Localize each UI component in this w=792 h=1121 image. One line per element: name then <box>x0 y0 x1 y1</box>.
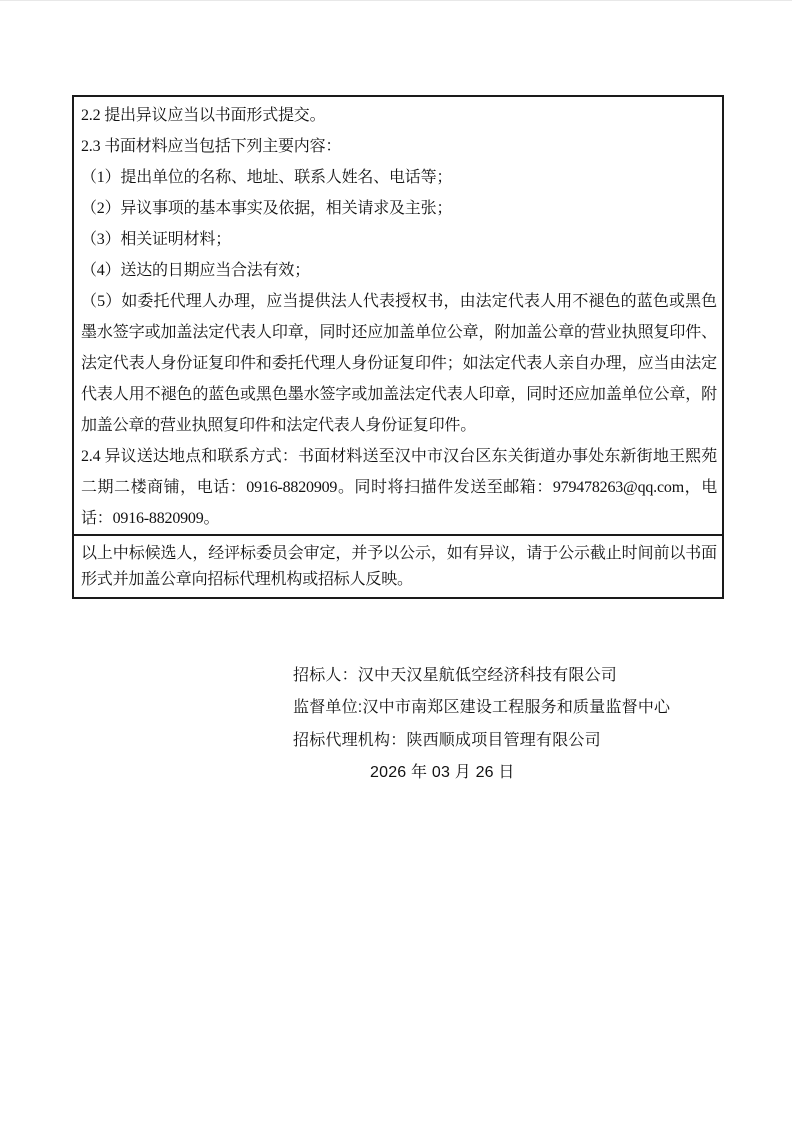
table-row: 以上中标候选人，经评标委员会审定，并予以公示，如有异议，请于公示截止时间前以书面… <box>73 535 723 598</box>
summary-paragraph: 以上中标候选人，经评标委员会审定，并予以公示，如有异议，请于公示截止时间前以书面… <box>81 541 717 593</box>
document-page: 2.2 提出异议应当以书面形式提交。 2.3 书面材料应当包括下列主要内容： （… <box>0 0 792 1121</box>
clause-item-5: （5）如委托代理人办理，应当提供法人代表授权书，由法定代表人用不褪色的蓝色或黑色… <box>81 286 717 441</box>
agency-line: 招标代理机构：陕西顺成项目管理有限公司 <box>293 725 670 757</box>
clause-2-3: 2.3 书面材料应当包括下列主要内容： <box>81 131 717 162</box>
clause-2-4: 2.4 异议送达地点和联系方式：书面材料送至汉中市汉台区东关街道办事处东新街地王… <box>81 441 717 534</box>
objection-notice-table: 2.2 提出异议应当以书面形式提交。 2.3 书面材料应当包括下列主要内容： （… <box>72 95 724 599</box>
signature-block: 招标人：汉中天汉星航低空经济科技有限公司 监督单位:汉中市南郑区建设工程服务和质… <box>293 660 670 790</box>
clause-item-2: （2）异议事项的基本事实及依据，相关请求及主张； <box>81 193 717 224</box>
clause-item-4: （4）送达的日期应当合法有效； <box>81 255 717 286</box>
summary-cell: 以上中标候选人，经评标委员会审定，并予以公示，如有异议，请于公示截止时间前以书面… <box>73 535 723 598</box>
clause-item-1: （1）提出单位的名称、地址、联系人姓名、电话等； <box>81 162 717 193</box>
tenderer-line: 招标人：汉中天汉星航低空经济科技有限公司 <box>293 660 670 692</box>
clause-item-3: （3）相关证明材料； <box>81 224 717 255</box>
date-line: 2026 年 03 月 26 日 <box>293 757 670 789</box>
objection-clauses-cell: 2.2 提出异议应当以书面形式提交。 2.3 书面材料应当包括下列主要内容： （… <box>73 96 723 535</box>
table-row: 2.2 提出异议应当以书面形式提交。 2.3 书面材料应当包括下列主要内容： （… <box>73 96 723 535</box>
clause-2-2: 2.2 提出异议应当以书面形式提交。 <box>81 100 717 131</box>
supervisor-line: 监督单位:汉中市南郑区建设工程服务和质量监督中心 <box>293 692 670 724</box>
